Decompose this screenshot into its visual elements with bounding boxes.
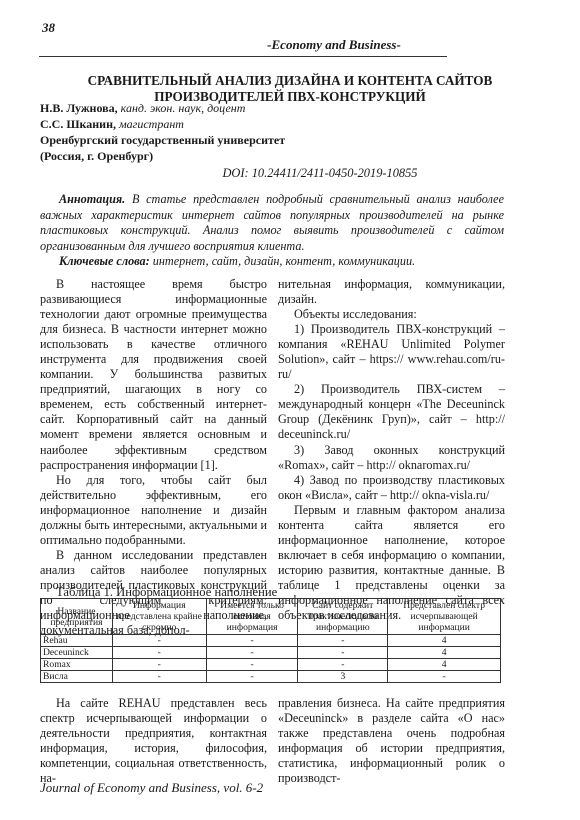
table-header-row: Название предприятия Информация представ…	[41, 599, 501, 635]
doi: DOI: 10.24411/2411-0450-2019-10855	[0, 166, 580, 181]
header-rule	[39, 56, 447, 57]
research-object-3: 3) Завод оконных конструкций «Romax», са…	[278, 443, 505, 473]
title-line-1: СРАВНИТЕЛЬНЫЙ АНАЛИЗ ДИЗАЙНА И КОНТЕНТА …	[0, 73, 580, 89]
table-cell: -	[298, 635, 388, 647]
keywords-text: интернет, сайт, дизайн, контент, коммуни…	[153, 254, 415, 268]
table-cell: -	[206, 659, 298, 671]
table-cell: 4	[388, 659, 501, 671]
author-2: С.С. Шканин, магистрант	[40, 116, 285, 132]
abstract-label: Аннотация.	[59, 192, 125, 206]
affiliation: Оренбургский государственный университет	[40, 132, 285, 148]
table-cell: 3	[298, 671, 388, 683]
journal-footer: Journal of Economy and Business, vol. 6-…	[40, 780, 263, 796]
table-cell: Romax	[41, 659, 113, 671]
table-header-cell: Информация представлена крайне скромно	[112, 599, 206, 635]
table-cell: 4	[388, 635, 501, 647]
body-left-column: В настоящее время быстро развивающиеся и…	[40, 277, 267, 638]
info-table: Название предприятия Информация представ…	[40, 598, 501, 683]
table-cell: -	[206, 635, 298, 647]
author-name: С.С. Шканин,	[40, 117, 116, 131]
affiliation-location: (Россия, г. Оренбург)	[40, 148, 285, 164]
body-paragraph: В настоящее время быстро развивающиеся и…	[40, 277, 267, 473]
body-paragraph: На сайте REHAU представлен весь спектр и…	[40, 696, 267, 786]
table-cell: -	[206, 671, 298, 683]
table-header-cell: Представлен спектр исчерпывающей информа…	[388, 599, 501, 635]
table-cell: Deceuninck	[41, 647, 113, 659]
body-right-column: нительная информация, коммуникации, диза…	[278, 277, 505, 623]
keywords: Ключевые слова: интернет, сайт, дизайн, …	[40, 254, 504, 270]
table-cell: -	[112, 647, 206, 659]
table-row: Romax - - - 4	[41, 659, 501, 671]
table-cell: -	[112, 671, 206, 683]
table-header-cell: Имеется только основная информация	[206, 599, 298, 635]
body-paragraph-continuation: нительная информация, коммуникации, диза…	[278, 277, 505, 307]
author-role: канд. экон. наук, доцент	[121, 101, 246, 115]
table-row: Deceuninck - - - 4	[41, 647, 501, 659]
abstract-paragraph: Аннотация. В статье представлен подробны…	[40, 192, 504, 254]
author-name: Н.В. Лужнова,	[40, 101, 118, 115]
table-cell: -	[112, 659, 206, 671]
body-paragraph-continuation: правления бизнеса. На сайте предприятия …	[278, 696, 505, 786]
table-row: Висла - - 3 -	[41, 671, 501, 683]
table-cell: -	[298, 647, 388, 659]
table-cell: -	[206, 647, 298, 659]
body-paragraph: Но для того, чтобы сайт был действительн…	[40, 473, 267, 548]
author-role: магистрант	[119, 117, 184, 131]
page-number: 38	[42, 20, 55, 36]
running-head: -Economy and Business-	[0, 37, 580, 53]
keywords-label: Ключевые слова:	[59, 254, 150, 268]
table-cell: Rehau	[41, 635, 113, 647]
table-header-cell: Название предприятия	[41, 599, 113, 635]
abstract: Аннотация. В статье представлен подробны…	[40, 192, 504, 270]
research-object-2: 2) Производитель ПВХ-систем – международ…	[278, 382, 505, 442]
table-cell: 4	[388, 647, 501, 659]
body-left-column-bottom: На сайте REHAU представлен весь спектр и…	[40, 696, 267, 786]
table-row: Rehau - - - 4	[41, 635, 501, 647]
table-cell: Висла	[41, 671, 113, 683]
table-cell: -	[112, 635, 206, 647]
table-cell: -	[298, 659, 388, 671]
table-header-cell: Сайт содержит практически всю информацию	[298, 599, 388, 635]
body-right-column-bottom: правления бизнеса. На сайте предприятия …	[278, 696, 505, 786]
research-object-4: 4) Завод по производству пластиковых око…	[278, 473, 505, 503]
body-paragraph: Объекты исследования:	[278, 307, 505, 322]
research-object-1: 1) Производитель ПВХ-конструкций – компа…	[278, 322, 505, 382]
author-block: Н.В. Лужнова, канд. экон. наук, доцент С…	[40, 100, 285, 164]
table-cell: -	[388, 671, 501, 683]
author-1: Н.В. Лужнова, канд. экон. наук, доцент	[40, 100, 285, 116]
